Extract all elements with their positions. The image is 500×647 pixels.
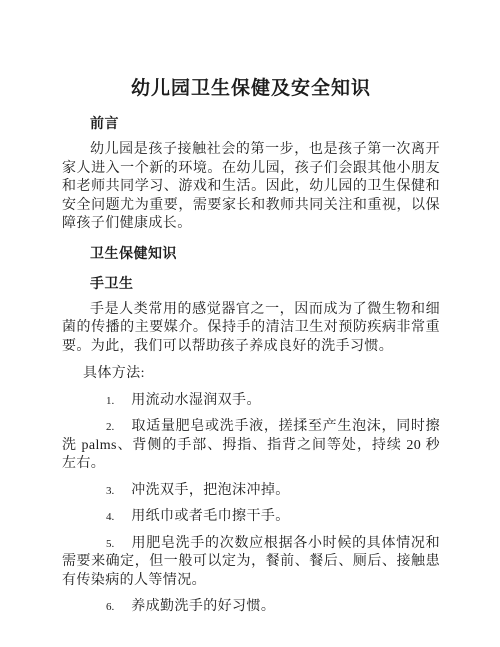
list-item-text: 用流动水湿润双手。	[131, 393, 261, 408]
list-item-number: 5.	[106, 538, 114, 550]
list-item: 6.养成勤洗手的好习惯。	[62, 598, 440, 617]
list-item: 4.用纸巾或者毛巾擦干手。	[62, 508, 440, 527]
preface-paragraph: 幼儿园是孩子接触社会的第一步，也是孩子第一次离开家人进入一个新的环境。在幼儿园，…	[62, 141, 440, 234]
list-item-text: 养成勤洗手的好习惯。	[131, 599, 275, 614]
list-item-number: 3.	[106, 485, 114, 497]
list-item-number: 6.	[106, 601, 114, 613]
health-section-heading: 卫生保健知识	[90, 246, 440, 264]
preface-heading: 前言	[90, 116, 440, 134]
hand-hygiene-heading: 手卫生	[90, 276, 440, 294]
list-item: 5.用肥皂洗手的次数应根据各小时候的具体情况和需要来确定，但一般可以定为，餐前、…	[62, 535, 440, 591]
hand-washing-steps-list: 1.用流动水湿润双手。 2.取适量肥皂或洗手液，搓揉至产生泡沫，同时擦洗 pal…	[62, 392, 440, 617]
list-item: 3.冲洗双手，把泡沫冲掉。	[62, 482, 440, 501]
methods-label: 具体方法:	[62, 365, 440, 384]
document-page: 幼儿园卫生保健及安全知识 前言 幼儿园是孩子接触社会的第一步，也是孩子第一次离开…	[0, 0, 500, 647]
list-item: 2.取适量肥皂或洗手液，搓揉至产生泡沫，同时擦洗 palms、背侧的手部、拇指、…	[62, 418, 440, 474]
list-item-text: 用纸巾或者毛巾擦干手。	[131, 509, 289, 524]
list-item-number: 2.	[106, 421, 114, 433]
document-title: 幼儿园卫生保健及安全知识	[62, 76, 440, 102]
list-item-number: 4.	[106, 511, 114, 523]
list-item-number: 1.	[106, 395, 114, 407]
list-item: 1.用流动水湿润双手。	[62, 392, 440, 411]
list-item-text: 用肥皂洗手的次数应根据各小时候的具体情况和需要来确定，但一般可以定为，餐前、餐后…	[62, 536, 440, 588]
hand-hygiene-paragraph: 手是人类常用的感觉器官之一，因而成为了微生物和细菌的传播的主要媒介。保持手的清洁…	[62, 301, 440, 357]
list-item-text: 冲洗双手，把泡沫冲掉。	[131, 483, 289, 498]
list-item-text: 取适量肥皂或洗手液，搓揉至产生泡沫，同时擦洗 palms、背侧的手部、拇指、指背…	[62, 419, 440, 471]
